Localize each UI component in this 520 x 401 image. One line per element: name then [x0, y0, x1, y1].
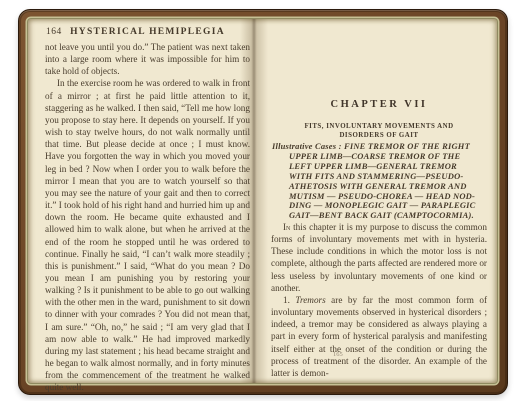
text-segment: In the exercise room he was ordered to w… — [45, 78, 250, 392]
paragraph: 1. Tremors are by far the most common fo… — [271, 294, 487, 379]
text-segment: this chapter it is my purpose to discuss… — [271, 222, 487, 293]
chapter-heading: CHAPTER VII — [270, 99, 488, 110]
text-segment: not leave you until you do.” The patient… — [45, 42, 250, 76]
book-scan-screenshot: 164 HYSTERICAL HEMIPLEGIA not leave you … — [0, 0, 520, 401]
text-segment: are by far the most common form of invol… — [271, 295, 487, 378]
illustrative-cases-block: Illustrative Cases : FINE TREMOR OF THE … — [272, 142, 488, 221]
text-segment: Tremors — [295, 295, 325, 305]
text-segment: 1. — [283, 295, 295, 305]
section-heading: FITS, INVOLUNTARY MOVEMENTS AND DISORDER… — [284, 123, 474, 140]
paragraph: In the exercise room he was ordered to w… — [45, 77, 250, 393]
left-page-header: 164 HYSTERICAL HEMIPLEGIA — [46, 27, 249, 39]
running-title: HYSTERICAL HEMIPLEGIA — [46, 27, 249, 37]
paragraph: not leave you until you do.” The patient… — [45, 41, 250, 77]
paragraph: In this chapter it is my purpose to disc… — [271, 221, 487, 294]
left-page-body: not leave you until you do.” The patient… — [45, 41, 250, 394]
page-number-footer: 165 — [333, 351, 343, 358]
right-page-body: In this chapter it is my purpose to disc… — [271, 221, 487, 379]
cases-line: GAIT—BENT BACK GAIT (CAMPTOCORMIA). — [289, 211, 488, 221]
